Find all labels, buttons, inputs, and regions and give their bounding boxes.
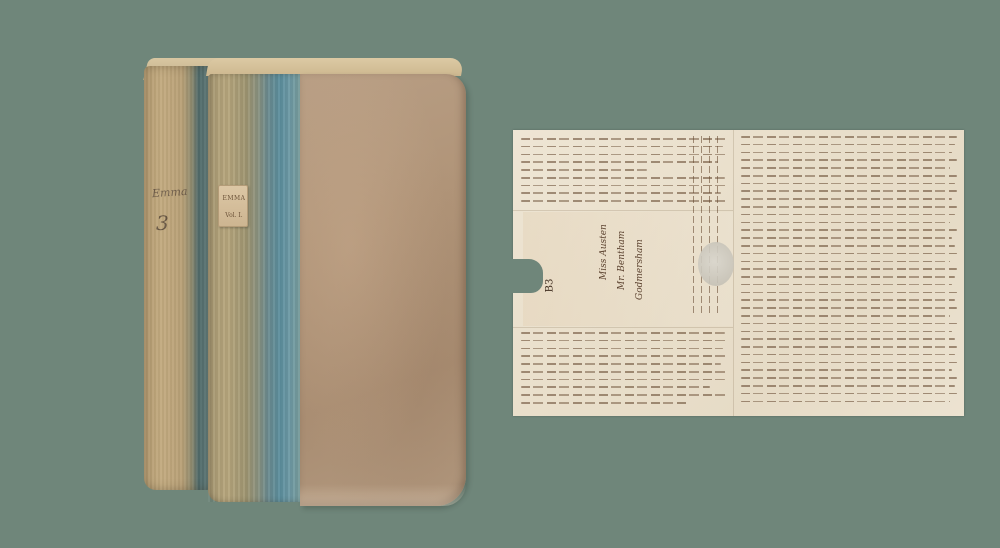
letter-text-block <box>521 332 731 410</box>
front-volume: EMMA Vol. I. <box>208 74 466 506</box>
book-set: Emma 3 EMMA Vol. I. <box>140 52 470 512</box>
front-spine: EMMA Vol. I. <box>208 74 304 502</box>
fold-line <box>733 130 734 416</box>
wax-seal-remnant <box>698 242 734 286</box>
spine-label-volume: Vol. I. <box>221 212 247 219</box>
letter-torn-notch <box>505 259 543 293</box>
photo-scene: Emma 3 EMMA Vol. I. <box>0 0 1000 548</box>
address-line: Godmersham <box>635 239 645 300</box>
docket-mark: B3 <box>544 279 555 293</box>
address-line: Miss Austen <box>599 224 609 280</box>
fold-line <box>513 327 733 328</box>
handwritten-letter: Miss Austen Mr. Bentham Godmersham B3 <box>513 130 964 416</box>
spine-label-title: EMMA <box>221 195 247 202</box>
spine-label: EMMA Vol. I. <box>218 185 248 227</box>
front-cover-board <box>300 74 466 506</box>
spine-volume-number: 3 <box>156 211 169 235</box>
front-cover-wear <box>300 484 466 506</box>
cross-writing <box>685 130 733 327</box>
address-line: Mr. Bentham <box>617 231 627 290</box>
letter-text-block <box>741 136 959 408</box>
spine-handwritten-title: Emma <box>152 185 188 200</box>
back-volume: Emma 3 <box>144 66 214 490</box>
